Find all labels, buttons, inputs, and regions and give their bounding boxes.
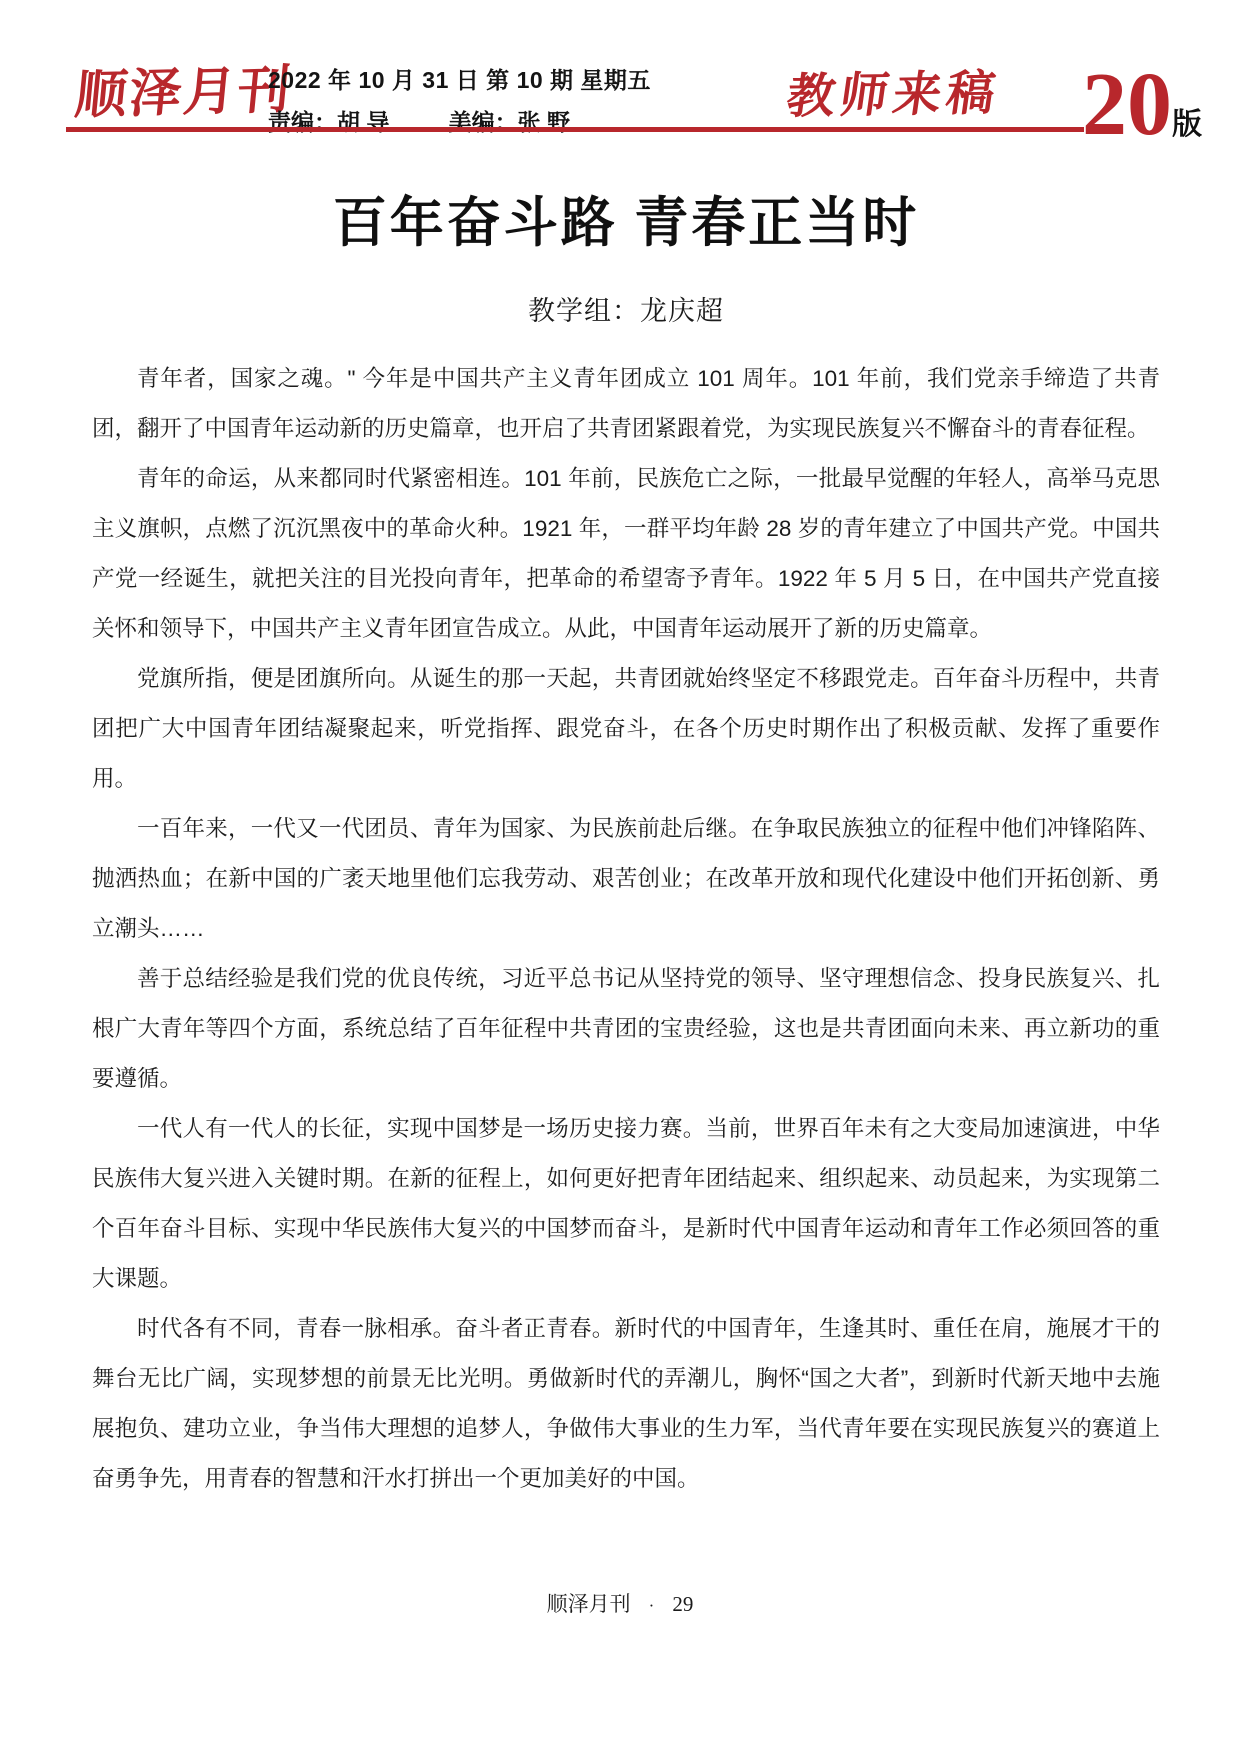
chief-editor-label: 责编：胡 导 [268,104,389,137]
article-paragraph-4: 一百年来，一代又一代团员、青年为国家、为民族前赴后继。在争取民族独立的征程中他们… [92,804,1160,954]
art-editor-label: 美编：张 野 [449,104,570,137]
edition-number: 20版 [1082,60,1202,150]
masthead-divider [66,127,1084,132]
article-paragraph-1: 青年者，国家之魂。" 今年是中国共产主义青年团成立 101 周年。101 年前，… [92,354,1160,454]
edition-number-unit: 版 [1172,108,1202,141]
article: 百年奋斗路 青春正当时 教学组：龙庆超 青年者，国家之魂。" 今年是中国共产主义… [92,150,1160,1504]
article-byline: 教学组：龙庆超 [92,289,1160,328]
article-paragraph-5: 善于总结经验是我们党的优良传统，习近平总书记从坚持党的领导、坚守理想信念、投身民… [92,954,1160,1104]
article-title: 百年奋斗路 青春正当时 [92,180,1160,257]
article-paragraph-7: 时代各有不同，青春一脉相承。奋斗者正青春。新时代的中国青年，生逢其时、重任在肩，… [92,1304,1160,1504]
edition-number-value: 20 [1082,55,1172,154]
journal-logo: 顺泽月刊 [72,47,296,128]
issue-info: 2022 年 10 月 31 日 第 10 期 星期五 责编：胡 导 美编：张 … [268,62,570,137]
article-paragraph-6: 一代人有一代人的长征，实现中国梦是一场历史接力赛。当前，世界百年未有之大变局加速… [92,1104,1160,1304]
footer-separator: · [649,1596,655,1615]
article-paragraph-3: 党旗所指，便是团旗所向。从诞生的那一天起，共青团就始终坚定不移跟党走。百年奋斗历… [92,654,1160,804]
article-body: 青年者，国家之魂。" 今年是中国共产主义青年团成立 101 周年。101 年前，… [92,354,1160,1504]
article-paragraph-2: 青年的命运，从来都同时代紧密相连。101 年前，民族危亡之际，一批最早觉醒的年轻… [92,454,1160,654]
section-label: 教师来稿 [783,54,1005,127]
magazine-page: 顺泽月刊 2022 年 10 月 31 日 第 10 期 星期五 责编：胡 导 … [0,0,1240,1754]
page-footer: 顺泽月刊·29 [0,1588,1240,1618]
editor-line: 责编：胡 导 美编：张 野 [268,104,570,137]
footer-journal-name: 顺泽月刊 [547,1592,631,1616]
footer-page-number: 29 [672,1592,693,1616]
issue-date-line: 2022 年 10 月 31 日 第 10 期 星期五 [268,62,570,95]
